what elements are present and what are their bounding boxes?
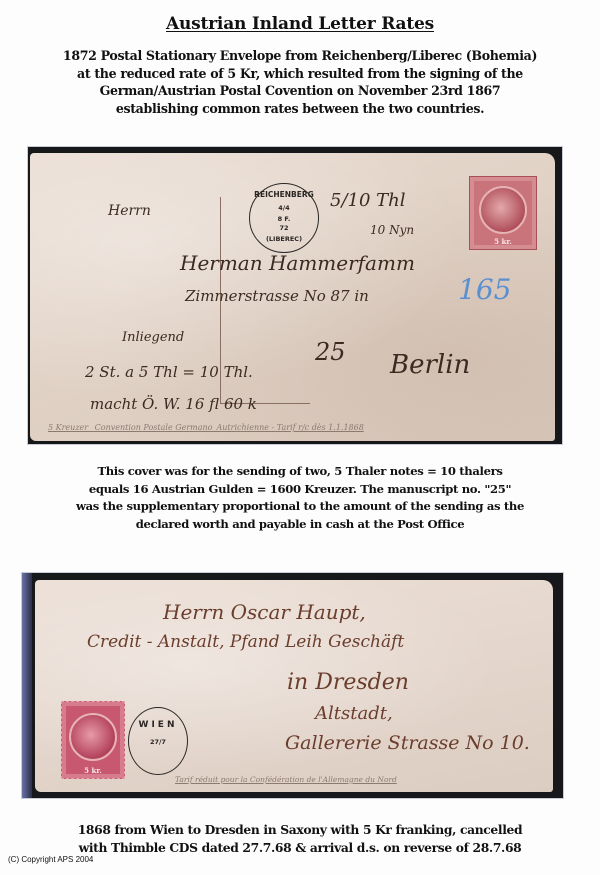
postal-stationery-stamp: 5 kr. bbox=[469, 176, 537, 250]
copyright-notice: (C) Copyright APS 2004 bbox=[8, 855, 93, 864]
cover-1-envelope: 5 kr. REICHENBERG 4/4 8 F. 72 (LIBEREC) … bbox=[30, 153, 555, 441]
caption-line: equals 16 Austrian Gulden = 1600 Kreuzer… bbox=[0, 481, 600, 499]
handwriting-line1: Herrn Oscar Haupt, bbox=[163, 600, 366, 624]
handwriting-line4: Altstadt, bbox=[315, 703, 393, 724]
cover-1-caption: This cover was for the sending of two, 5… bbox=[0, 463, 600, 533]
caption-line: 1868 from Wien to Dresden in Saxony with… bbox=[0, 821, 600, 839]
emperor-portrait-icon bbox=[479, 186, 527, 234]
handwriting-rate: 5/10 Thl bbox=[330, 190, 406, 211]
reichenberg-postmark: REICHENBERG 4/4 8 F. 72 (LIBEREC) bbox=[249, 183, 319, 253]
postmark-year: 72 bbox=[250, 224, 318, 232]
caption-line: German/Austrian Postal Covention on Nove… bbox=[0, 82, 600, 100]
handwriting-street: Zimmerstrasse No 87 in bbox=[185, 287, 369, 305]
cover-1-frame: 5 kr. REICHENBERG 4/4 8 F. 72 (LIBEREC) … bbox=[28, 147, 562, 444]
handwriting-salutation: Herrn bbox=[108, 203, 151, 219]
handwriting-declared-3: macht Ö. W. 16 fl 60 k bbox=[90, 395, 257, 413]
postmark-date: 4/4 bbox=[250, 204, 318, 212]
blue-crayon-mark: 165 bbox=[458, 273, 511, 306]
handwriting-line5: Gallererie Strasse No 10. bbox=[285, 732, 530, 754]
wien-thimble-postmark: WIEN 27/7 bbox=[128, 707, 188, 775]
caption-line: This cover was for the sending of two, 5… bbox=[0, 463, 600, 481]
postmark-suffix: (LIBEREC) bbox=[250, 235, 318, 243]
postmark-town: REICHENBERG bbox=[250, 190, 318, 199]
handwriting-declared-1: Inliegend bbox=[122, 330, 184, 345]
emperor-portrait-icon bbox=[69, 713, 117, 761]
cover-2-frame: 5 kr. WIEN 27/7 Herrn Oscar Haupt, Credi… bbox=[22, 573, 563, 798]
caption-line: declared worth and payable in cash at th… bbox=[0, 516, 600, 534]
caption-line: at the reduced rate of 5 Kr, which resul… bbox=[0, 65, 600, 83]
cover-2-caption: 1868 from Wien to Dresden in Saxony with… bbox=[0, 821, 600, 857]
handwriting-declared-2: 2 St. a 5 Thl = 10 Thl. bbox=[85, 363, 253, 381]
postmark-line2: 8 F. bbox=[250, 215, 318, 223]
handwriting-line3: in Dresden bbox=[287, 670, 409, 695]
postmark-town: WIEN bbox=[129, 720, 187, 730]
intro-caption: 1872 Postal Stationary Envelope from Rei… bbox=[0, 47, 600, 117]
caption-line: was the supplementary proportional to th… bbox=[0, 498, 600, 516]
pencil-note: 5 Kreuzer_ Convention Postale Germano_Au… bbox=[48, 423, 364, 432]
handwriting-line2: Credit - Anstalt, Pfand Leih Geschäft bbox=[87, 632, 404, 652]
cover-2-envelope: 5 kr. WIEN 27/7 Herrn Oscar Haupt, Credi… bbox=[35, 580, 553, 792]
handwriting-addressee: Herman Hammerfamm bbox=[180, 251, 415, 275]
handwriting-city: Berlin bbox=[390, 350, 470, 380]
caption-line: establishing common rates between the tw… bbox=[0, 100, 600, 118]
caption-line: 1872 Postal Stationary Envelope from Rei… bbox=[0, 47, 600, 65]
adhesive-stamp: 5 kr. bbox=[61, 701, 125, 779]
page-title: Austrian Inland Letter Rates bbox=[0, 14, 600, 34]
postmark-date: 27/7 bbox=[129, 738, 187, 746]
pencil-note: Tarif réduit pour la Confédération de l'… bbox=[175, 775, 397, 784]
stamp-value: 5 kr. bbox=[470, 237, 536, 246]
handwriting-rate-note: 10 Nyn bbox=[370, 223, 414, 237]
manuscript-number: 25 bbox=[315, 338, 346, 366]
stamp-value: 5 kr. bbox=[62, 766, 124, 775]
